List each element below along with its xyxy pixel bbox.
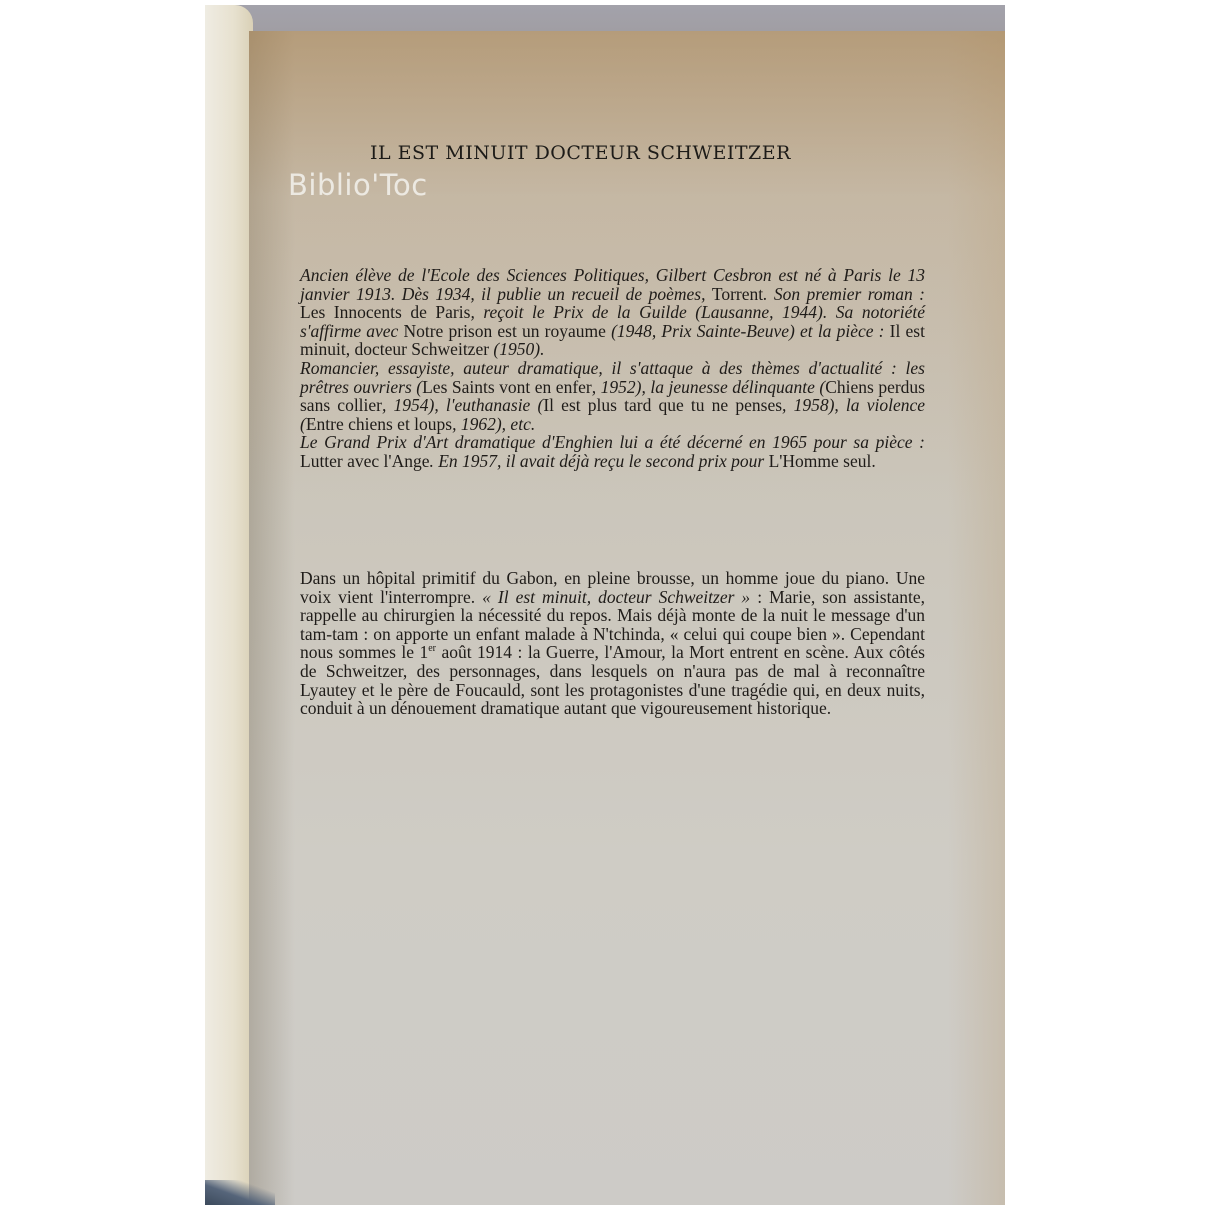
- roman-run: Les Saints vont en enfer: [422, 377, 592, 397]
- bio-paragraph: Le Grand Prix d'Art dramatique d'Enghien…: [300, 433, 925, 470]
- roman-run: Il est plus tard que tu ne penses: [543, 395, 782, 415]
- author-biography: Ancien élève de l'Ecole des Sciences Pol…: [300, 266, 925, 471]
- italic-run: , 1962), etc.: [452, 414, 535, 434]
- italic-run: (1948, Prix Sainte-Beuve) et la pièce :: [606, 321, 890, 341]
- bio-paragraph: Romancier, essayiste, auteur dramatique,…: [300, 359, 925, 433]
- roman-run: .: [871, 451, 875, 471]
- corner-shadow: [205, 1180, 275, 1205]
- roman-run: Lutter avec l'Ange: [300, 451, 429, 471]
- italic-run: , 1952), la jeunesse délinquante (: [592, 377, 825, 397]
- watermark-logo: Biblio'Toc: [288, 168, 428, 202]
- italic-run: . Son premier roman :: [763, 284, 925, 304]
- roman-run: er: [428, 644, 436, 655]
- roman-run: Entre chiens et loups: [306, 414, 452, 434]
- previous-page-edge: [205, 5, 253, 1205]
- italic-run: « Il est minuit, docteur Schweitzer »: [482, 587, 750, 607]
- roman-run: L'Homme seul: [769, 451, 872, 471]
- italic-run: , 1954), l'euthanasie (: [382, 395, 543, 415]
- page-title: IL EST MINUIT DOCTEUR SCHWEITZER: [370, 142, 890, 164]
- bio-paragraph: Ancien élève de l'Ecole des Sciences Pol…: [300, 266, 925, 359]
- roman-run: Torrent: [712, 284, 763, 304]
- roman-run: Notre prison est un royaume: [403, 321, 605, 341]
- synopsis-paragraph: Dans un hôpital primitif du Gabon, en pl…: [300, 569, 925, 718]
- italic-run: (1950).: [489, 339, 544, 359]
- roman-run: Les Innocents de Paris: [300, 302, 470, 322]
- play-synopsis: Dans un hôpital primitif du Gabon, en pl…: [300, 569, 925, 718]
- italic-run: Le Grand Prix d'Art dramatique d'Enghien…: [300, 432, 925, 452]
- italic-run: . En 1957, il avait déjà reçu le second …: [429, 451, 768, 471]
